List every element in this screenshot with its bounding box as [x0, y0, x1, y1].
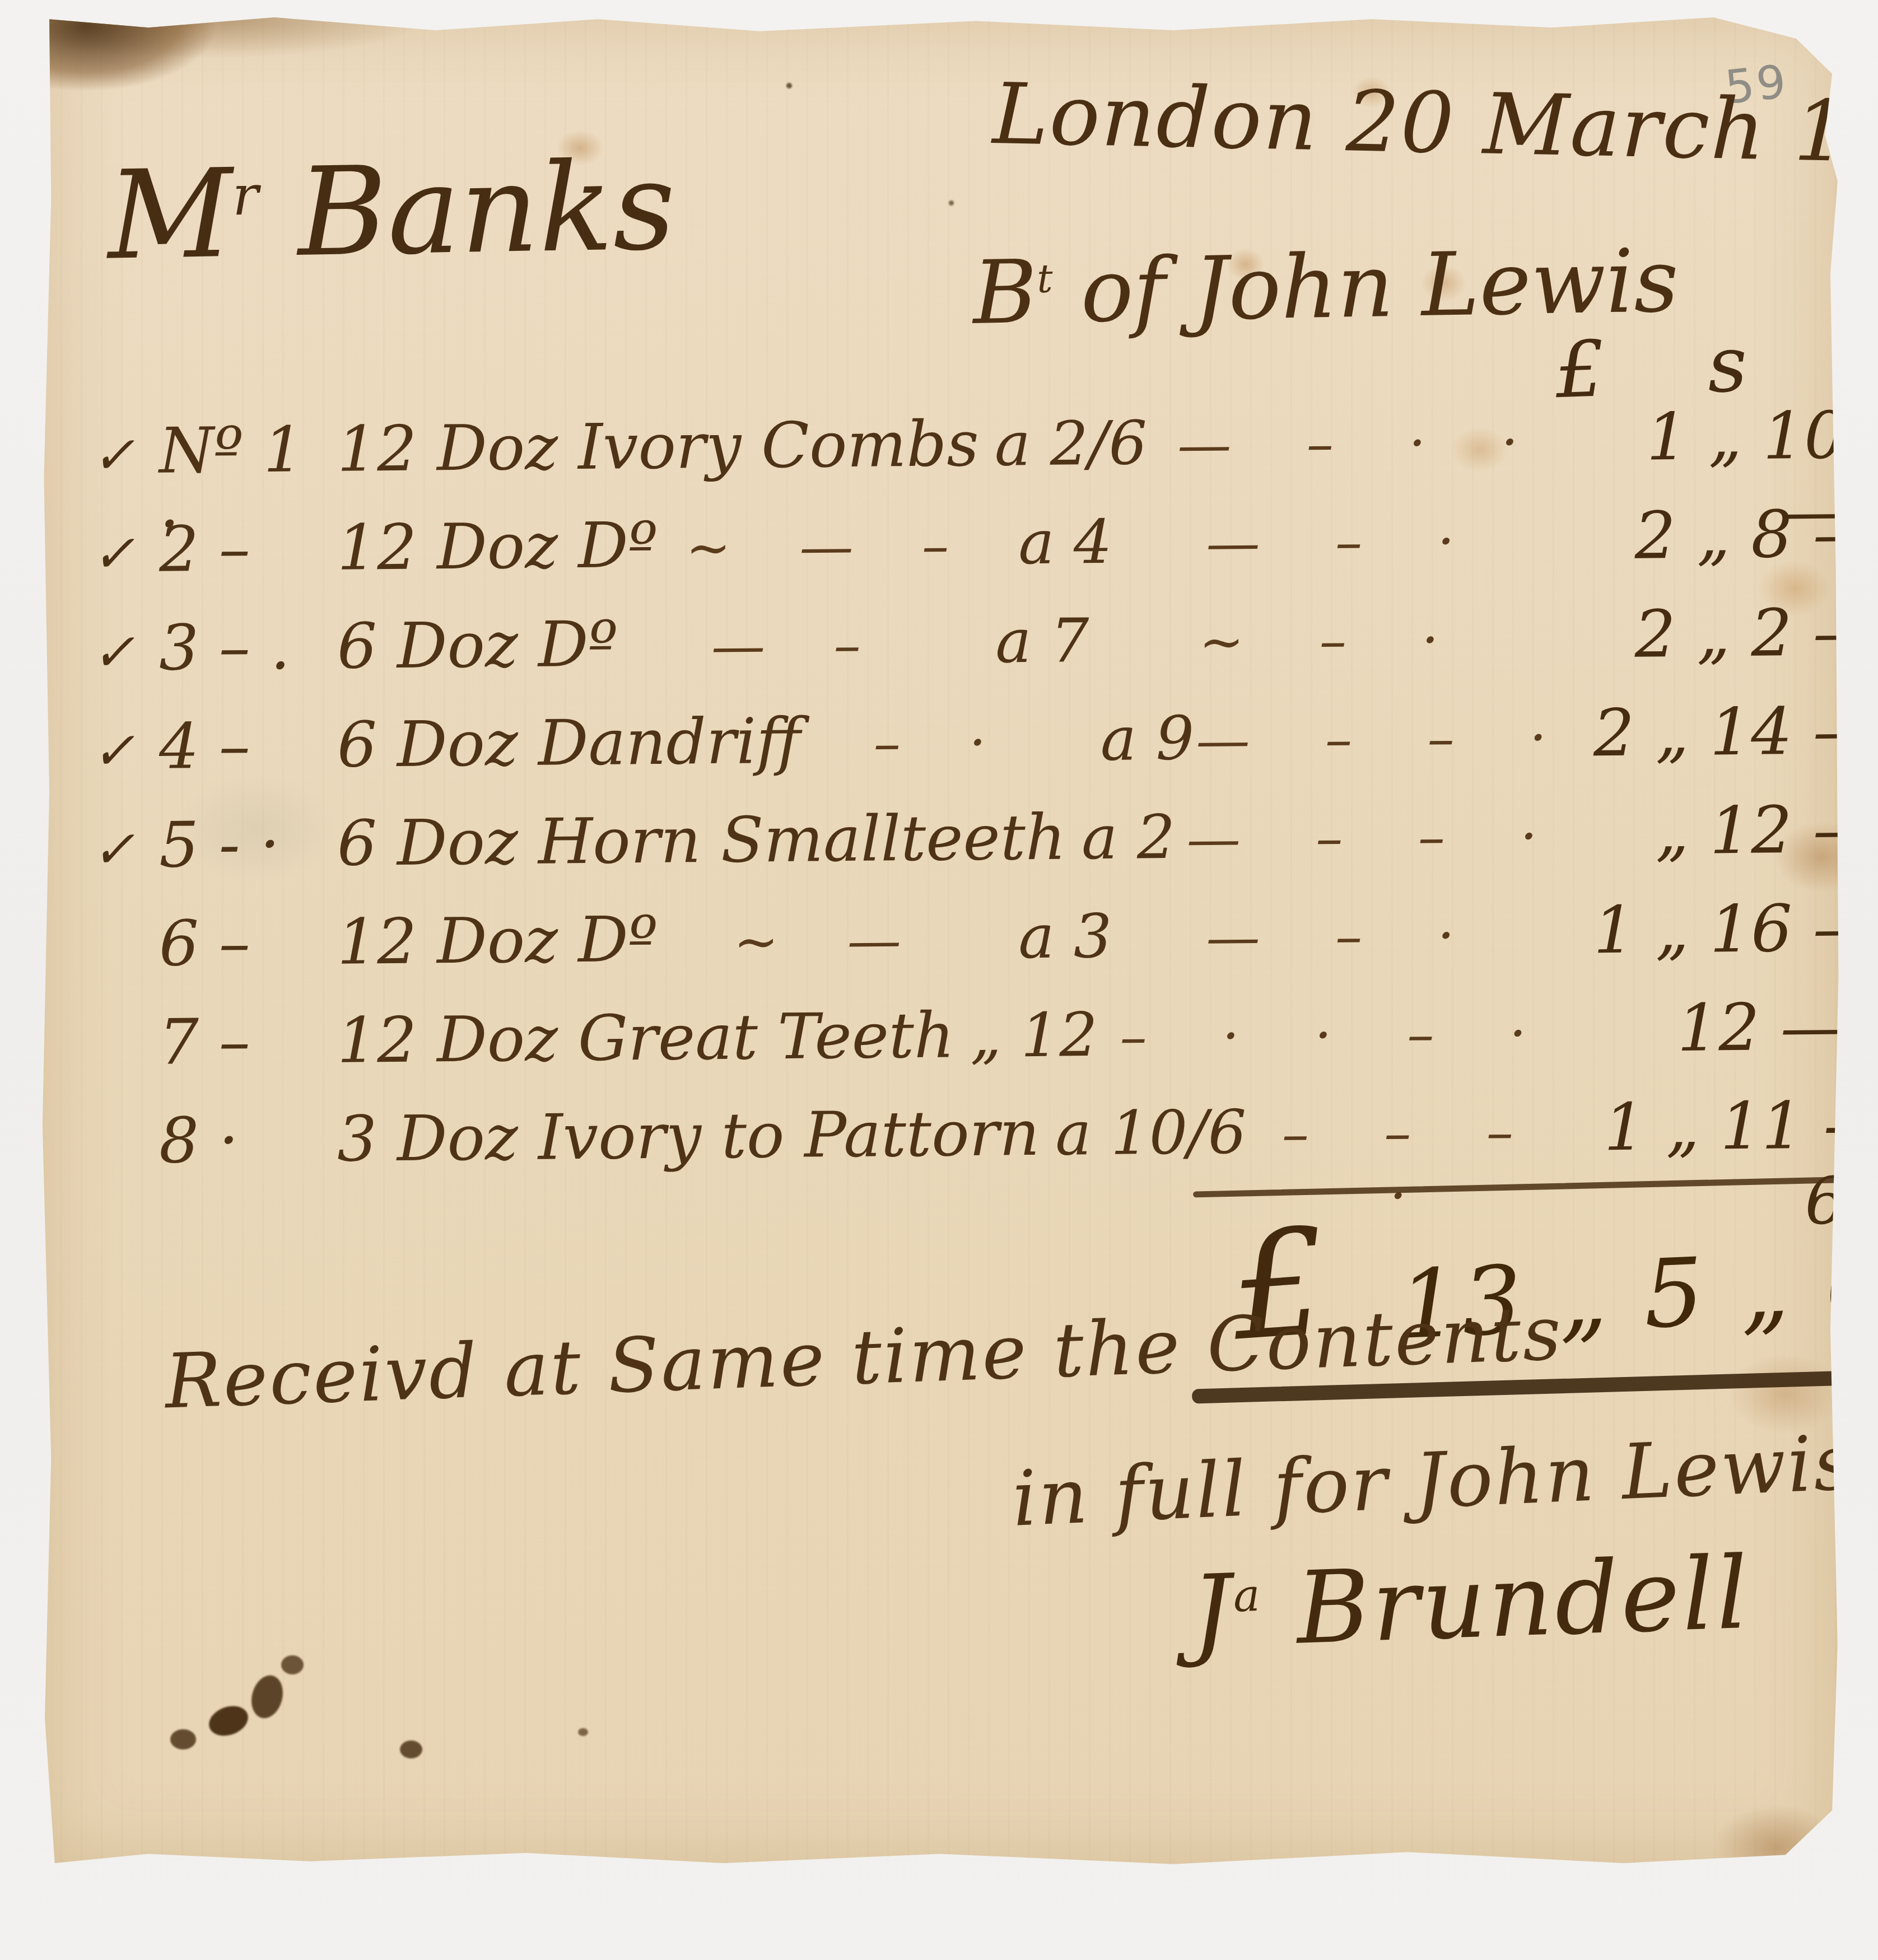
bought-of-superscript: t	[1037, 256, 1054, 302]
bought-of-initial: B	[972, 241, 1038, 344]
item-description: 6 Doz Horn Smallteeth	[337, 801, 1066, 880]
item-amount: 2 „ 8 –	[1577, 496, 1846, 574]
leader-dashes: — – ·	[1112, 903, 1578, 970]
ink-smudge	[281, 1655, 304, 1674]
dateline: London 20 March 1772	[991, 66, 1878, 184]
item-amount: 2 „ 2 –	[1577, 595, 1846, 673]
leader-dashes: — – · ·	[1147, 410, 1578, 477]
checkmark-icon: ✓	[89, 524, 166, 584]
checkmark-icon: ✓	[89, 721, 166, 781]
leader-dashes: — – – ·	[1194, 706, 1578, 772]
addressee-surname: Banks	[258, 136, 677, 284]
item-number: 5 - ·	[159, 808, 337, 882]
item-number: 3 – .	[159, 610, 337, 685]
item-number: 7 –	[159, 1005, 337, 1079]
leader-dashes: – · · – ·	[1097, 1002, 1578, 1068]
item-description: 12 Doz Dº	[337, 903, 658, 979]
checkmark-icon: ✓	[89, 819, 166, 880]
item-row: ✓ 5 - · 6 Doz Horn Smallteeth a 2 — – – …	[96, 792, 1846, 906]
item-row: ✓ 2 – 12 Doz Dº ~ — – a 4 — – · 2 „ 8 –	[96, 496, 1846, 610]
item-rate: a 10/6	[1040, 1098, 1247, 1169]
item-amount: 1 „ 11 - 6	[1577, 1088, 1846, 1241]
item-description: 3 Doz Ivory to Pattorn	[337, 1097, 1040, 1176]
leader-dashes: — –	[618, 613, 980, 679]
item-rate: a 3	[1003, 902, 1113, 973]
item-row: 6 – 12 Doz Dº ~ — a 3 — – · 1 „ 16 –	[96, 890, 1846, 1004]
item-rate: a 7	[980, 606, 1090, 677]
signature-initial: J	[1190, 1553, 1236, 1670]
item-description: 6 Doz Dandriff	[337, 705, 801, 782]
leader-dashes: — – – ·	[1175, 805, 1578, 871]
checkmark-icon	[96, 1163, 159, 1163]
item-description: 12 Doz Dº	[337, 509, 658, 585]
received-note: Receivd at Same time the Contents	[164, 1289, 1564, 1425]
ink-smudge	[205, 1701, 253, 1741]
item-rate: a 9	[1084, 704, 1195, 775]
ink-smudge	[400, 1740, 422, 1758]
item-rate: a 4	[1003, 507, 1113, 578]
item-description: 12 Doz Ivory Combs	[337, 408, 979, 486]
signature-surname: Brundell	[1261, 1535, 1753, 1668]
item-description: 6 Doz Dº	[337, 608, 618, 683]
item-row: 7 – 12 Doz Great Teeth „ 12 – · · – · 12…	[96, 989, 1846, 1103]
ink-smudge	[247, 1672, 287, 1721]
item-row: ✓ 3 – . 6 Doz Dº — – a 7 ~ – · 2 „ 2 –	[96, 595, 1846, 708]
leader-dashes: ~ – ·	[1089, 608, 1578, 675]
checkmark-icon: ✓	[89, 622, 166, 683]
ink-dot	[949, 200, 954, 206]
leader-dashes: ~ —	[658, 908, 1003, 974]
item-amount: 12 —	[1577, 989, 1846, 1067]
leader-dashes: ~ — –	[658, 514, 1003, 580]
item-number: 8 ·	[159, 1103, 337, 1178]
ink-smudge	[170, 1729, 196, 1749]
item-amount: 1 „ 16 –	[1577, 890, 1846, 968]
manuscript-paper: 59 London 20 March 1772 Mr Banks Bt of J…	[40, 15, 1839, 1866]
item-rate: a 2/6	[978, 408, 1148, 480]
checkmark-icon	[96, 1064, 159, 1065]
leader-dashes: — – ·	[1112, 509, 1578, 576]
item-row: ✓ 4 – 6 Doz Dandriff – · a 9 — – – · 2 „…	[96, 693, 1846, 807]
item-amount: 2 „ 14 –	[1577, 693, 1846, 771]
checkmark-icon	[96, 965, 159, 966]
item-number: 4 –	[159, 709, 337, 783]
invoice-item-list: ✓ Nº 1 · 12 Doz Ivory Combs a 2/6 — – · …	[96, 405, 1846, 1194]
item-number: 6 –	[159, 906, 337, 981]
item-rate: a 2	[1065, 802, 1176, 874]
signature-superscript: a	[1232, 1569, 1263, 1622]
item-row: ✓ Nº 1 · 12 Doz Ivory Combs a 2/6 — – · …	[96, 398, 1846, 511]
ink-smudge	[578, 1728, 588, 1736]
in-full-note: in full for John Lewis	[1010, 1418, 1856, 1543]
item-number: 2 –	[159, 512, 337, 586]
addressee-name: Mr Banks	[106, 136, 677, 287]
leader-dashes: – ·	[800, 710, 1085, 775]
ink-dot	[786, 83, 792, 88]
checkmark-icon: ✓	[89, 425, 166, 486]
signature: Ja Brundell	[1190, 1535, 1753, 1670]
item-rate: „ 12	[954, 1000, 1098, 1071]
item-amount: „ 12 –	[1577, 792, 1846, 870]
addressee-initial: M	[106, 143, 234, 287]
item-description: 12 Doz Great Teeth	[337, 999, 954, 1077]
addressee-superscript: r	[232, 164, 259, 228]
